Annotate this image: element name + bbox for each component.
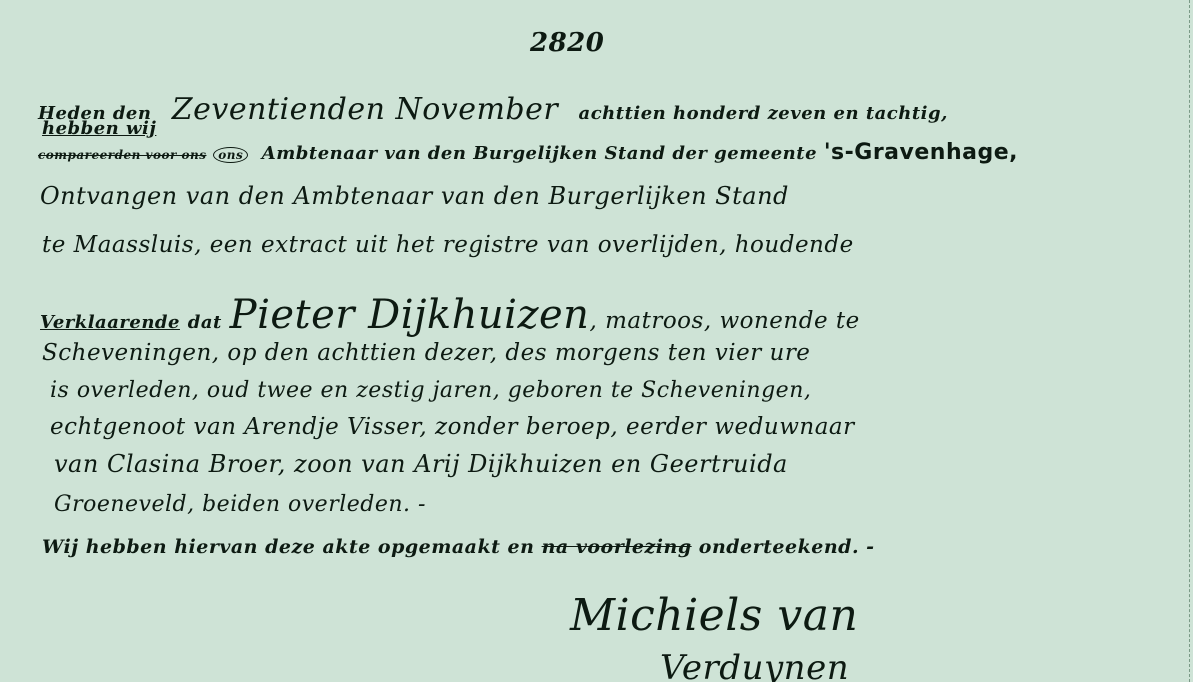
line-12-closing: Wij hebben hiervan deze akte opgemaakt e… (42, 536, 875, 558)
inserted-text: hebben wij (42, 118, 156, 139)
line-3-official: compareerden voor ons ons Ambtenaar van … (38, 140, 1018, 165)
page-edge (1189, 0, 1193, 682)
line-10: van Clasina Broer, zoon van Arij Dijkhui… (54, 450, 788, 478)
record-number: 2820 (530, 28, 604, 58)
underlined-word: Verklaarende (40, 312, 180, 333)
line-3-text: Ambtenaar van den Burgelijken Stand der … (262, 143, 817, 164)
signature-line-1: Michiels van (570, 590, 858, 641)
struck-phrase: na voorlezing (542, 536, 692, 558)
line-6-pre: dat (188, 312, 222, 333)
circled-word: ons (213, 147, 248, 163)
signature-line-2: Verduynen (660, 648, 849, 682)
place-name: 's-Gravenhage, (824, 140, 1018, 165)
struck-text: compareerden voor ons (38, 148, 206, 162)
line-5: te Maassluis, een extract uit het regist… (42, 232, 854, 258)
line-4: Ontvangen van den Ambtenaar van den Burg… (40, 182, 789, 210)
line-7: Scheveningen, op den achttien dezer, des… (42, 340, 810, 366)
line-12-post: onderteekend. - (699, 536, 875, 558)
line-1-post: achttien honderd zeven en tachtig, (579, 103, 948, 124)
line-2-insert: hebben wij (42, 118, 156, 139)
line-12-pre: Wij hebben hiervan deze akte opgemaakt e… (42, 536, 534, 558)
line-1-date: Heden den Zeventienden November achttien… (38, 92, 948, 127)
civil-registry-death-record: 2820 Heden den Zeventienden November ach… (0, 0, 1193, 682)
deceased-name: Pieter Dijkhuizen (230, 292, 590, 338)
line-8: is overleden, oud twee en zestig jaren, … (50, 378, 811, 403)
line-6-deceased: Verklaarende dat Pieter Dijkhuizen, matr… (40, 292, 860, 338)
line-1-date-word: Zeventienden November (172, 92, 558, 127)
line-11: Groeneveld, beiden overleden. - (54, 492, 426, 517)
line-6-post: , matroos, wonende te (589, 308, 859, 334)
line-9: echtgenoot van Arendje Visser, zonder be… (50, 414, 855, 440)
